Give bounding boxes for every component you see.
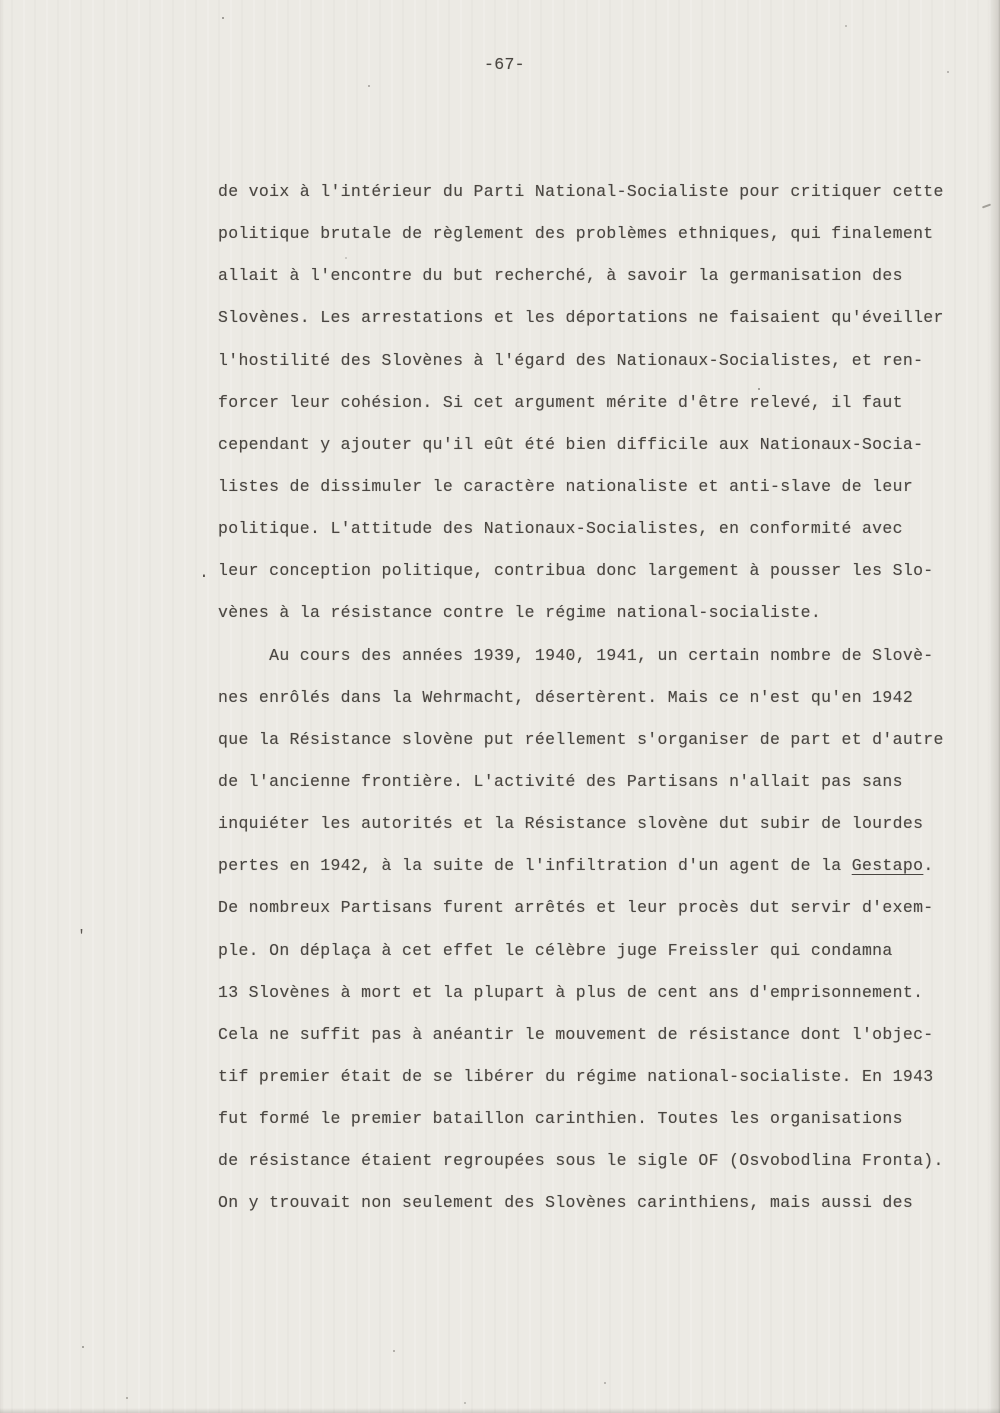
text-line: leur conception politique, contribua don… bbox=[218, 550, 980, 592]
text-line: On y trouvait non seulement des Slovènes… bbox=[218, 1182, 980, 1224]
text-line: listes de dissimuler le caractère nation… bbox=[218, 466, 980, 508]
text-line: allait à l'encontre du but recherché, à … bbox=[218, 255, 980, 297]
text-line: cependant y ajouter qu'il eût été bien d… bbox=[218, 424, 980, 466]
text-line: forcer leur cohésion. Si cet argument mé… bbox=[218, 382, 980, 424]
scan-edge-shadow-left bbox=[0, 0, 4, 1413]
text-line: l'hostilité des Slovènes à l'égard des N… bbox=[218, 340, 980, 382]
text-line: de voix à l'intérieur du Parti National-… bbox=[218, 171, 980, 213]
text-line: que la Résistance slovène put réellement… bbox=[218, 719, 980, 761]
text-line: tif premier était de se libérer du régim… bbox=[218, 1056, 980, 1098]
text-line: de résistance étaient regroupées sous le… bbox=[218, 1140, 980, 1182]
text-line: fut formé le premier bataillon carinthie… bbox=[218, 1098, 980, 1140]
text-line: 13 Slovènes à mort et la plupart à plus … bbox=[218, 972, 980, 1014]
scan-edge-shadow-right bbox=[987, 0, 1000, 1413]
text-line: nes enrôlés dans la Wehrmacht, désertère… bbox=[218, 677, 980, 719]
body-text: de voix à l'intérieur du Parti National-… bbox=[218, 171, 980, 1225]
text-line: inquiéter les autorités et la Résistance… bbox=[218, 803, 980, 845]
gestapo-line-prefix: pertes en 1942, à la suite de l'infiltra… bbox=[218, 856, 852, 875]
stray-ink-period: . bbox=[199, 557, 209, 589]
stray-ink-apostrophe: ' bbox=[77, 928, 86, 945]
text-line: de l'ancienne frontière. L'activité des … bbox=[218, 761, 980, 803]
gestapo-line-suffix: . bbox=[923, 856, 933, 875]
text-line: ple. On déplaça à cet effet le célèbre j… bbox=[218, 930, 980, 972]
gestapo-underlined-word: Gestapo bbox=[852, 856, 924, 875]
text-line: De nombreux Partisans furent arrêtés et … bbox=[218, 887, 980, 929]
text-line: Cela ne suffit pas à anéantir le mouveme… bbox=[218, 1014, 980, 1056]
page-number: -67- bbox=[484, 47, 525, 83]
text-line: vènes à la résistance contre le régime n… bbox=[218, 592, 980, 634]
text-line: Slovènes. Les arrestations et les déport… bbox=[218, 297, 980, 339]
text-line-gestapo: pertes en 1942, à la suite de l'infiltra… bbox=[218, 845, 980, 887]
text-line-paragraph-start: Au cours des années 1939, 1940, 1941, un… bbox=[218, 635, 980, 677]
scan-edge-shadow-bottom bbox=[0, 1408, 1000, 1413]
text-line: politique. L'attitude des Nationaux-Soci… bbox=[218, 508, 980, 550]
text-line: politique brutale de règlement des probl… bbox=[218, 213, 980, 255]
